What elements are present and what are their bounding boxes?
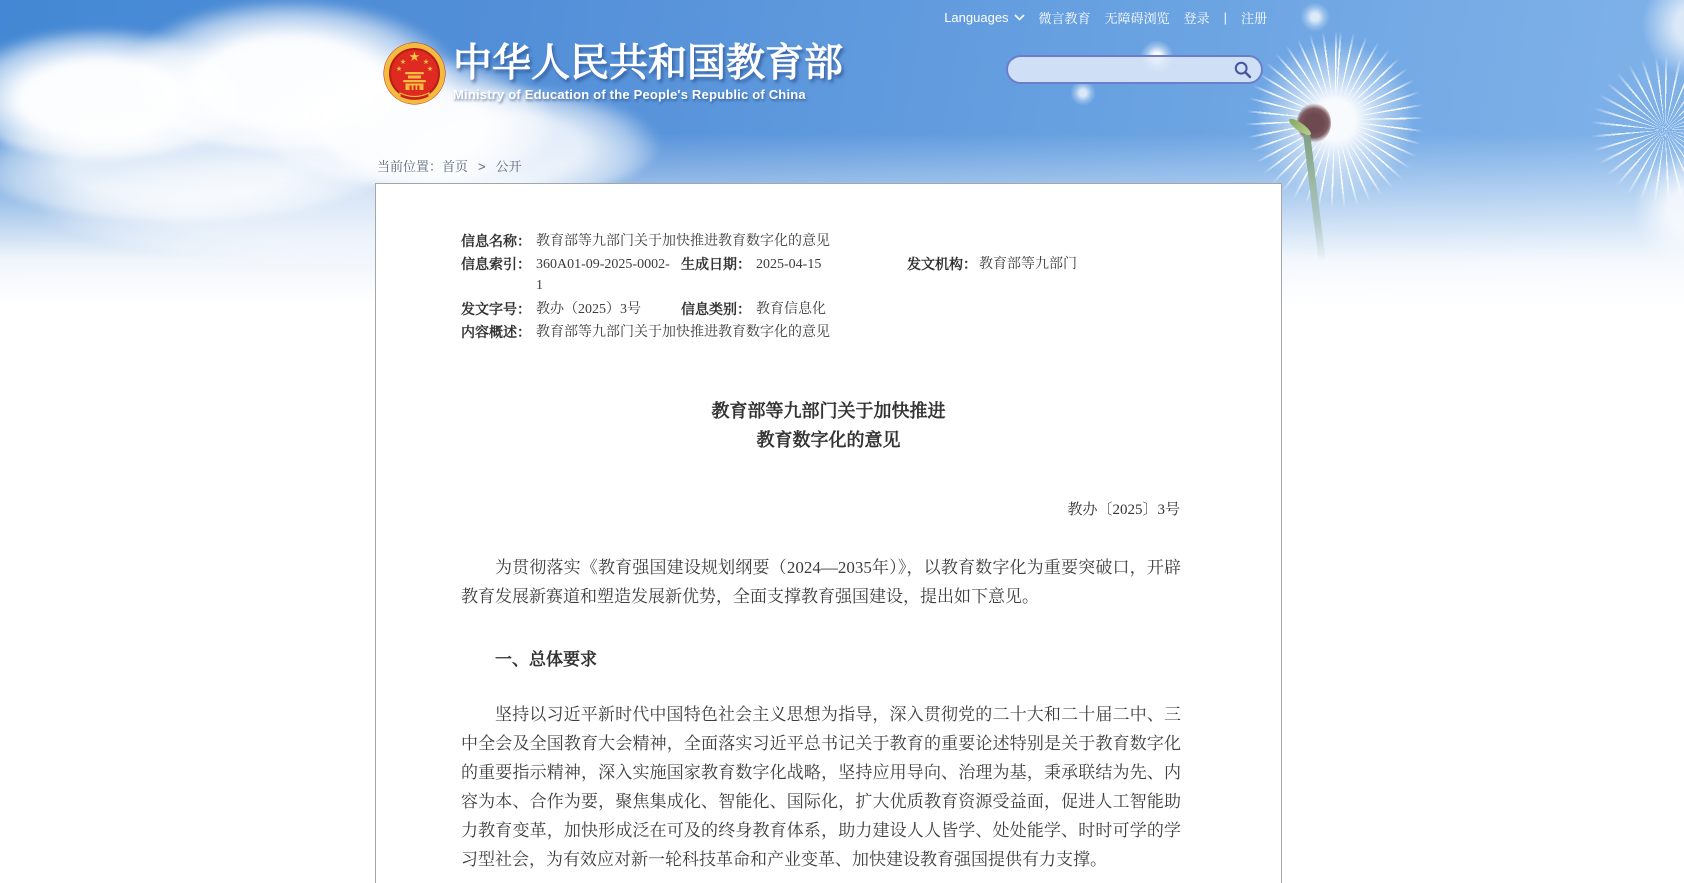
register-link[interactable]: 注册 (1241, 8, 1267, 27)
meta-category-label: 信息类别： (681, 299, 751, 320)
login-link[interactable]: 登录 (1184, 8, 1210, 27)
chevron-down-icon (1014, 14, 1025, 21)
breadcrumb-label: 当前位置： (377, 159, 442, 174)
national-emblem-icon: ★ ★ ★ ★ ★ (383, 42, 446, 105)
meta-category-value: 教育信息化 (756, 299, 826, 320)
meta-name-value: 教育部等九部门关于加快推进教育数字化的意见 (536, 231, 830, 252)
nav-divider: | (1224, 10, 1227, 25)
search-input[interactable] (1022, 59, 1233, 81)
svg-text:★: ★ (409, 50, 421, 65)
search-icon (1234, 61, 1252, 79)
languages-menu[interactable]: Languages (944, 10, 1024, 25)
meta-docno-value: 教办（2025）3号 (536, 299, 641, 320)
meta-index-value: 360A01-09-2025-0002-1 (536, 254, 672, 296)
document-title: 教育部等九部门关于加快推进 教育数字化的意见 (376, 397, 1281, 455)
site-logo[interactable]: ★ ★ ★ ★ ★ 中华人民共和国教育部 Ministry of Educati… (383, 42, 843, 105)
document-number: 教办〔2025〕3号 (1067, 498, 1180, 519)
paragraph-intro: 为贯彻落实《教育强国建设规划纲要（2024—2035年）》，以教育数字化为重要突… (461, 553, 1181, 611)
breadcrumb-section-link[interactable]: 公开 (496, 159, 522, 174)
accessibility-link[interactable]: 无障碍浏览 (1105, 8, 1170, 27)
meta-summary-label: 内容概述： (461, 322, 531, 343)
svg-text:★: ★ (396, 65, 402, 73)
search-button[interactable] (1233, 60, 1253, 80)
utility-nav: Languages 微言教育 无障碍浏览 登录 | 注册 (944, 8, 1267, 27)
breadcrumb-home-link[interactable]: 首页 (442, 159, 468, 174)
site-title-block: 中华人民共和国教育部 Ministry of Education of the … (453, 42, 843, 102)
meta-agency-value: 教育部等九部门 (979, 254, 1077, 275)
page: Languages 微言教育 无障碍浏览 登录 | 注册 ★ ★ ★ ★ ★ (0, 0, 1684, 883)
paragraph-overall-requirements: 坚持以习近平新时代中国特色社会主义思想为指导，深入贯彻党的二十大和二十届二中、三… (461, 700, 1181, 874)
weiyan-education-link[interactable]: 微言教育 (1039, 8, 1091, 27)
breadcrumb-separator: > (478, 159, 486, 174)
languages-link[interactable]: Languages (944, 10, 1008, 25)
document-body: 为贯彻落实《教育强国建设规划纲要（2024—2035年）》，以教育数字化为重要突… (461, 553, 1181, 874)
document-title-line2: 教育数字化的意见 (376, 426, 1281, 455)
svg-text:★: ★ (427, 65, 433, 73)
section-heading: 一、总体要求 (461, 645, 1181, 674)
meta-summary-value: 教育部等九部门关于加快推进教育数字化的意见 (536, 322, 830, 343)
search-box (1006, 55, 1263, 84)
meta-agency-label: 发文机构： (907, 254, 977, 275)
site-title: 中华人民共和国教育部 (453, 42, 843, 86)
document-panel: 信息名称： 教育部等九部门关于加快推进教育数字化的意见 信息索引： 360A01… (375, 183, 1282, 883)
meta-index-label: 信息索引： (461, 254, 531, 275)
breadcrumb: 当前位置：首页>公开 (377, 156, 522, 175)
document-title-line1: 教育部等九部门关于加快推进 (376, 397, 1281, 426)
meta-date-label: 生成日期： (681, 254, 751, 275)
meta-date-value: 2025-04-15 (756, 254, 821, 275)
meta-name-label: 信息名称： (461, 231, 531, 252)
site-subtitle: Ministry of Education of the People's Re… (453, 87, 843, 102)
meta-docno-label: 发文字号： (461, 299, 531, 320)
